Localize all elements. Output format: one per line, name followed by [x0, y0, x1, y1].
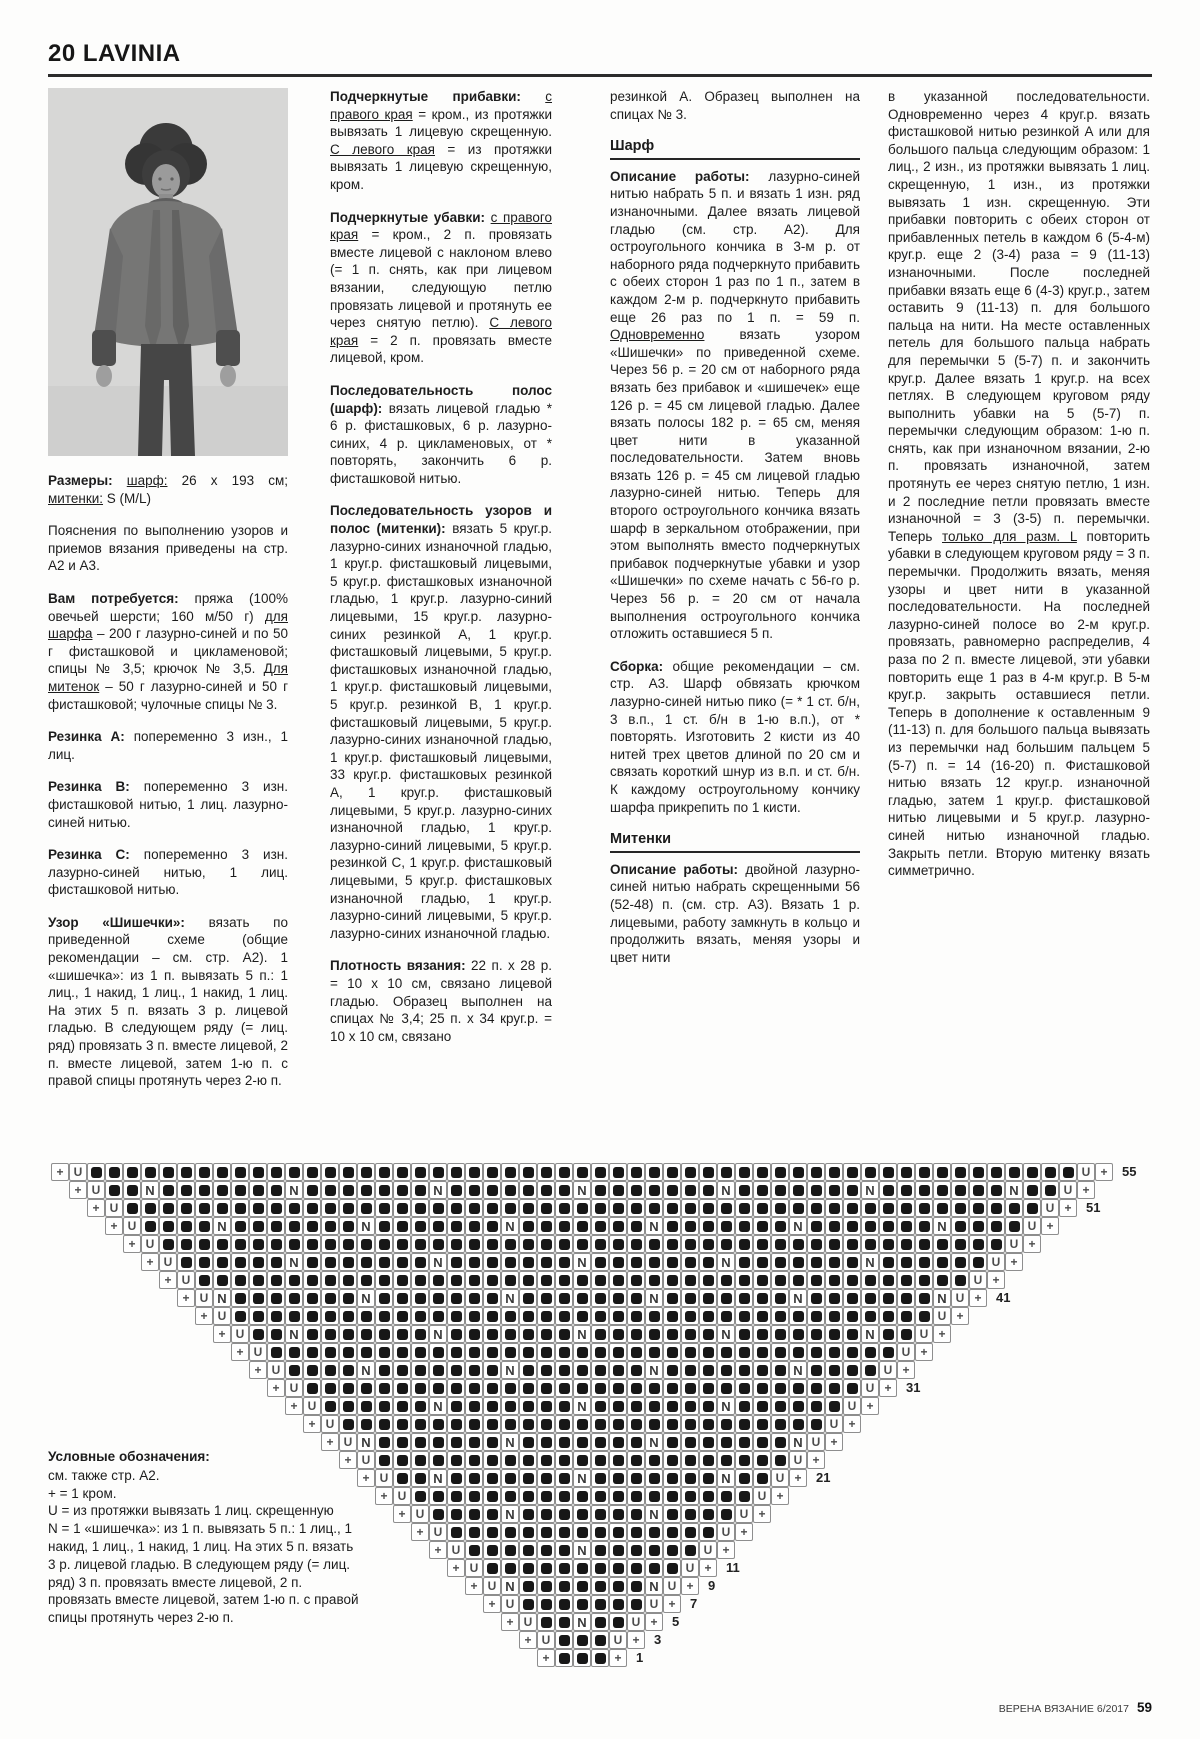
chart-cell: [537, 1451, 555, 1469]
chart-cell: [609, 1433, 627, 1451]
chart-cell: [1005, 1199, 1023, 1217]
chart-cell: [375, 1163, 393, 1181]
chart-cell: [357, 1235, 375, 1253]
chart-cell: [159, 1199, 177, 1217]
chart-cell: [807, 1397, 825, 1415]
chart-cell: [465, 1505, 483, 1523]
chart-cell: [375, 1433, 393, 1451]
chart-cell: [825, 1181, 843, 1199]
chart-cell: [555, 1631, 573, 1649]
chart-bobble-cell: N: [285, 1325, 303, 1343]
chart-cell: [321, 1235, 339, 1253]
chart-cell: [537, 1361, 555, 1379]
chart-cell: [285, 1289, 303, 1307]
chart-cell: [663, 1289, 681, 1307]
chart-cell: [771, 1397, 789, 1415]
chart-cell: [357, 1163, 375, 1181]
chart-cell: [609, 1559, 627, 1577]
chart-cell: [105, 1181, 123, 1199]
chart-cell: [339, 1217, 357, 1235]
chart-cell: [717, 1271, 735, 1289]
chart-cell: [753, 1163, 771, 1181]
chart-cell: [1005, 1217, 1023, 1235]
chart-cell: [555, 1235, 573, 1253]
chart-cell: [645, 1451, 663, 1469]
model-photo-illustration: [48, 88, 288, 456]
chart-cell: [789, 1397, 807, 1415]
chart-row-number: 5: [672, 1613, 679, 1631]
chart-cell: [591, 1631, 609, 1649]
chart-cell: [555, 1505, 573, 1523]
chart-cell: [267, 1289, 285, 1307]
magazine-page: 20 LAVINIA: [0, 0, 1200, 1739]
chart-cell: [375, 1289, 393, 1307]
chart-cell: [681, 1397, 699, 1415]
chart-cell: U: [123, 1217, 141, 1235]
chart-bobble-cell: N: [573, 1397, 591, 1415]
chart-cell: [897, 1217, 915, 1235]
chart-cell: [447, 1307, 465, 1325]
chart-cell: [231, 1289, 249, 1307]
chart-cell: U: [447, 1541, 465, 1559]
chart-cell: [501, 1199, 519, 1217]
chart-cell: [375, 1397, 393, 1415]
chart-cell: [681, 1505, 699, 1523]
text-paragraph: Пояснения по выполнению узоров и приемов…: [48, 522, 288, 575]
chart-cell: [735, 1469, 753, 1487]
chart-cell: [807, 1271, 825, 1289]
chart-cell: [519, 1325, 537, 1343]
chart-cell: [573, 1415, 591, 1433]
chart-cell: [519, 1307, 537, 1325]
chart-cell: [789, 1181, 807, 1199]
chart-cell: [447, 1415, 465, 1433]
chart-cell: [717, 1379, 735, 1397]
chart-bobble-cell: N: [789, 1217, 807, 1235]
chart-cell: [735, 1397, 753, 1415]
chart-cell: [501, 1487, 519, 1505]
chart-cell: +: [897, 1361, 915, 1379]
chart-cell: U: [105, 1199, 123, 1217]
chart-cell: [393, 1163, 411, 1181]
chart-cell: [879, 1289, 897, 1307]
chart-cell: [231, 1217, 249, 1235]
chart-cell: [681, 1541, 699, 1559]
chart-cell: U: [645, 1595, 663, 1613]
chart-cell: [267, 1343, 285, 1361]
chart-cell: [555, 1181, 573, 1199]
chart-cell: [537, 1469, 555, 1487]
chart-cell: [951, 1199, 969, 1217]
chart-cell: +: [447, 1559, 465, 1577]
chart-cell: +: [771, 1487, 789, 1505]
chart-cell: [267, 1199, 285, 1217]
chart-cell: [447, 1469, 465, 1487]
chart-cell: [771, 1199, 789, 1217]
chart-cell: [321, 1253, 339, 1271]
chart-cell: [771, 1415, 789, 1433]
chart-cell: +: [1023, 1235, 1041, 1253]
chart-cell: [843, 1343, 861, 1361]
chart-cell: [753, 1451, 771, 1469]
chart-cell: [447, 1505, 465, 1523]
chart-cell: [807, 1361, 825, 1379]
chart-cell: [555, 1451, 573, 1469]
chart-cell: [843, 1307, 861, 1325]
chart-cell: [879, 1235, 897, 1253]
chart-cell: U: [465, 1559, 483, 1577]
chart-cell: [735, 1307, 753, 1325]
chart-cell: [303, 1235, 321, 1253]
chart-cell: [213, 1271, 231, 1289]
legend-title: Условные обозначения:: [48, 1448, 360, 1466]
chart-cell: [195, 1235, 213, 1253]
chart-cell: [753, 1469, 771, 1487]
chart-cell: [753, 1199, 771, 1217]
chart-cell: [393, 1271, 411, 1289]
chart-cell: [681, 1199, 699, 1217]
chart-cell: [699, 1451, 717, 1469]
chart-cell: [681, 1235, 699, 1253]
chart-cell: [717, 1343, 735, 1361]
chart-bobble-cell: N: [573, 1469, 591, 1487]
chart-cell: [429, 1343, 447, 1361]
chart-cell: U: [393, 1487, 411, 1505]
chart-cell: [825, 1235, 843, 1253]
chart-cell: [825, 1343, 843, 1361]
chart-cell: [123, 1163, 141, 1181]
chart-cell: +: [69, 1181, 87, 1199]
chart-cell: [249, 1289, 267, 1307]
chart-cell: [681, 1271, 699, 1289]
chart-cell: [321, 1163, 339, 1181]
chart-cell: [465, 1253, 483, 1271]
chart-cell: [843, 1181, 861, 1199]
chart-cell: [555, 1343, 573, 1361]
chart-cell: [447, 1217, 465, 1235]
chart-cell: [285, 1217, 303, 1235]
chart-cell: [663, 1379, 681, 1397]
chart-bobble-cell: N: [645, 1433, 663, 1451]
chart-cell: [627, 1433, 645, 1451]
chart-cell: [555, 1487, 573, 1505]
chart-cell: [483, 1415, 501, 1433]
chart-cell: [843, 1361, 861, 1379]
chart-cell: [537, 1577, 555, 1595]
chart-cell: U: [663, 1577, 681, 1595]
chart-cell: [627, 1523, 645, 1541]
chart-cell: [735, 1487, 753, 1505]
chart-cell: [537, 1523, 555, 1541]
chart-cell: [645, 1415, 663, 1433]
chart-cell: +: [429, 1541, 447, 1559]
chart-cell: [483, 1451, 501, 1469]
chart-cell: [987, 1181, 1005, 1199]
chart-cell: [321, 1361, 339, 1379]
chart-cell: [609, 1451, 627, 1469]
chart-cell: [789, 1379, 807, 1397]
chart-cell: [465, 1379, 483, 1397]
chart-cell: +: [1095, 1163, 1113, 1181]
chart-cell: [897, 1181, 915, 1199]
chart-cell: [681, 1253, 699, 1271]
chart-cell: [609, 1235, 627, 1253]
chart-cell: [573, 1235, 591, 1253]
chart-cell: +: [519, 1631, 537, 1649]
chart-cell: [519, 1487, 537, 1505]
chart-cell: [573, 1451, 591, 1469]
chart-cell: [663, 1325, 681, 1343]
chart-cell: [303, 1199, 321, 1217]
chart-cell: [573, 1271, 591, 1289]
chart-cell: [699, 1325, 717, 1343]
chart-cell: [951, 1253, 969, 1271]
chart-bobble-cell: N: [429, 1253, 447, 1271]
chart-cell: [519, 1433, 537, 1451]
chart-cell: [519, 1181, 537, 1199]
chart-cell: [339, 1271, 357, 1289]
text-paragraph: Резинка В: попеременно 3 изн. фисташково…: [48, 778, 288, 831]
legend-lines: см. также стр. А2.+ = 1 кром.U = из прот…: [48, 1467, 360, 1627]
chart-cell: [735, 1217, 753, 1235]
chart-cell: [411, 1325, 429, 1343]
chart-cell: [393, 1199, 411, 1217]
chart-cell: U: [87, 1181, 105, 1199]
chart-cell: [753, 1415, 771, 1433]
chart-cell: [789, 1343, 807, 1361]
chart-bobble-cell: N: [789, 1433, 807, 1451]
chart-cell: U: [375, 1469, 393, 1487]
chart-cell: [429, 1199, 447, 1217]
chart-cell: [897, 1307, 915, 1325]
chart-cell: [375, 1271, 393, 1289]
chart-cell: [465, 1307, 483, 1325]
chart-cell: [483, 1559, 501, 1577]
chart-cell: [393, 1361, 411, 1379]
chart-cell: +: [987, 1271, 1005, 1289]
chart-cell: [663, 1469, 681, 1487]
chart-cell: [843, 1235, 861, 1253]
chart-bobble-cell: N: [501, 1217, 519, 1235]
chart-cell: [537, 1343, 555, 1361]
chart-cell: +: [1059, 1199, 1077, 1217]
chart-cell: [645, 1343, 663, 1361]
chart-cell: [321, 1181, 339, 1199]
chart-cell: +: [87, 1199, 105, 1217]
chart-cell: U: [897, 1343, 915, 1361]
chart-cell: [501, 1415, 519, 1433]
chart-cell: [735, 1343, 753, 1361]
chart-cell: [717, 1307, 735, 1325]
chart-cell: [645, 1235, 663, 1253]
chart-cell: [555, 1199, 573, 1217]
chart-bobble-cell: N: [861, 1325, 879, 1343]
chart-cell: [789, 1199, 807, 1217]
chart-cell: [681, 1217, 699, 1235]
chart-cell: [735, 1415, 753, 1433]
chart-cell: [717, 1235, 735, 1253]
chart-cell: [933, 1235, 951, 1253]
chart-cell: [591, 1235, 609, 1253]
chart-cell: [663, 1253, 681, 1271]
chart-cell: [969, 1217, 987, 1235]
chart-cell: [465, 1289, 483, 1307]
chart-cell: U: [69, 1163, 87, 1181]
chart-cell: [753, 1325, 771, 1343]
chart-cell: [807, 1163, 825, 1181]
chart-bobble-cell: N: [429, 1397, 447, 1415]
chart-cell: [231, 1253, 249, 1271]
chart-cell: +: [753, 1505, 771, 1523]
chart-cell: [789, 1253, 807, 1271]
chart-cell: [717, 1487, 735, 1505]
chart-cell: [915, 1163, 933, 1181]
chart-cell: U: [933, 1307, 951, 1325]
chart-cell: [879, 1163, 897, 1181]
chart-cell: +: [285, 1397, 303, 1415]
chart-cell: [447, 1163, 465, 1181]
chart-cell: [663, 1451, 681, 1469]
chart-cell: [591, 1307, 609, 1325]
chart-cell: +: [861, 1397, 879, 1415]
chart-cell: +: [699, 1559, 717, 1577]
chart-cell: [969, 1199, 987, 1217]
chart-cell: [591, 1433, 609, 1451]
chart-cell: [861, 1289, 879, 1307]
chart-cell: [1023, 1199, 1041, 1217]
chart-cell: [213, 1199, 231, 1217]
chart-cell: [537, 1541, 555, 1559]
chart-cell: [393, 1235, 411, 1253]
chart-cell: [681, 1469, 699, 1487]
chart-cell: [573, 1559, 591, 1577]
chart-cell: [951, 1235, 969, 1253]
chart-cell: [123, 1199, 141, 1217]
chart-cell: [303, 1325, 321, 1343]
chart-bobble-cell: N: [573, 1541, 591, 1559]
chart-cell: [483, 1271, 501, 1289]
chart-cell: [465, 1433, 483, 1451]
chart-cell: [357, 1253, 375, 1271]
chart-cell: [771, 1343, 789, 1361]
chart-cell: [735, 1433, 753, 1451]
chart-cell: U: [267, 1361, 285, 1379]
chart-row-number: 1: [636, 1649, 643, 1667]
chart-cell: [645, 1163, 663, 1181]
chart-cell: [699, 1379, 717, 1397]
chart-cell: [915, 1235, 933, 1253]
chart-bobble-cell: N: [285, 1253, 303, 1271]
chart-cell: [627, 1487, 645, 1505]
chart-cell: [843, 1253, 861, 1271]
text-paragraph: в указанной последовательности. Одноврем…: [888, 88, 1150, 880]
chart-cell: [429, 1379, 447, 1397]
chart-cell: [465, 1469, 483, 1487]
chart-cell: [645, 1541, 663, 1559]
chart-cell: [861, 1235, 879, 1253]
chart-cell: [591, 1595, 609, 1613]
chart-cell: [519, 1289, 537, 1307]
chart-cell: [537, 1397, 555, 1415]
chart-cell: [771, 1451, 789, 1469]
chart-cell: [231, 1235, 249, 1253]
chart-row-number: 31: [906, 1379, 920, 1397]
chart-cell: [717, 1199, 735, 1217]
chart-cell: [681, 1487, 699, 1505]
chart-cell: [627, 1325, 645, 1343]
chart-cell: U: [807, 1433, 825, 1451]
chart-cell: [501, 1253, 519, 1271]
chart-cell: [447, 1433, 465, 1451]
chart-cell: [681, 1415, 699, 1433]
chart-cell: [591, 1649, 609, 1667]
chart-cell: [591, 1253, 609, 1271]
chart-cell: [591, 1613, 609, 1631]
chart-cell: [735, 1271, 753, 1289]
chart-bobble-cell: N: [501, 1577, 519, 1595]
chart-cell: [303, 1217, 321, 1235]
chart-cell: [627, 1379, 645, 1397]
chart-cell: [249, 1235, 267, 1253]
chart-cell: +: [879, 1379, 897, 1397]
chart-cell: [537, 1181, 555, 1199]
legend-line: + = 1 кром.: [48, 1485, 360, 1503]
chart-cell: [429, 1307, 447, 1325]
chart-cell: [429, 1487, 447, 1505]
chart-cell: [465, 1397, 483, 1415]
chart-cell: [645, 1199, 663, 1217]
chart-cell: [663, 1541, 681, 1559]
chart-cell: [501, 1325, 519, 1343]
chart-cell: [519, 1415, 537, 1433]
chart-cell: [483, 1487, 501, 1505]
chart-cell: [717, 1289, 735, 1307]
chart-cell: [573, 1595, 591, 1613]
chart-cell: [465, 1361, 483, 1379]
chart-cell: [393, 1397, 411, 1415]
chart-cell: [609, 1469, 627, 1487]
chart-cell: [429, 1217, 447, 1235]
chart-cell: [483, 1307, 501, 1325]
chart-cell: [663, 1343, 681, 1361]
chart-cell: [753, 1433, 771, 1451]
chart-cell: [393, 1433, 411, 1451]
chart-cell: [429, 1163, 447, 1181]
chart-cell: [501, 1307, 519, 1325]
chart-cell: [429, 1289, 447, 1307]
chart-cell: [537, 1595, 555, 1613]
chart-cell: [609, 1163, 627, 1181]
chart-cell: +: [825, 1433, 843, 1451]
chart-cell: [447, 1379, 465, 1397]
chart-cell: [519, 1505, 537, 1523]
chart-cell: [555, 1361, 573, 1379]
chart-cell: [753, 1253, 771, 1271]
chart-cell: [159, 1217, 177, 1235]
chart-cell: [771, 1433, 789, 1451]
chart-bobble-cell: N: [501, 1361, 519, 1379]
chart-cell: U: [429, 1523, 447, 1541]
text-paragraph: Резинка С: попеременно 3 изн. лазурно-си…: [48, 846, 288, 899]
chart-cell: [339, 1289, 357, 1307]
chart-cell: [879, 1271, 897, 1289]
chart-cell: U: [213, 1307, 231, 1325]
chart-cell: [483, 1361, 501, 1379]
chart-cell: [933, 1253, 951, 1271]
chart-cell: [897, 1163, 915, 1181]
chart-cell: [591, 1289, 609, 1307]
chart-cell: [321, 1343, 339, 1361]
